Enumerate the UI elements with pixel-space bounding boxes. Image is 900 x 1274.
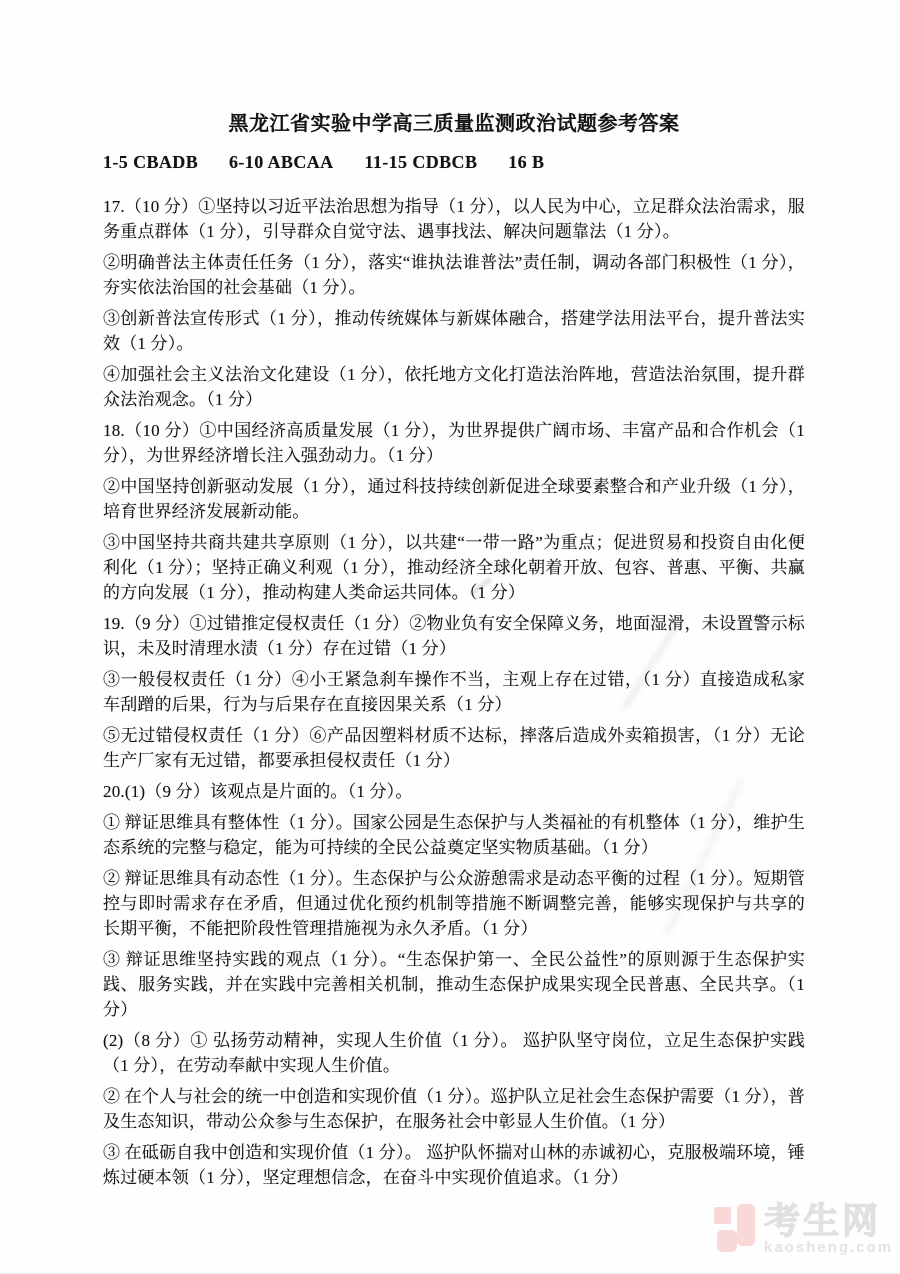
logo-block-top-left xyxy=(714,1207,731,1224)
watermark-text-group: 考生网 kaosheng.com xyxy=(764,1203,893,1256)
answer-group-16: 16 B xyxy=(508,152,544,172)
scanned-answer-document: 黑龙江省实验中学高三质量监测政治试题参考答案 1-5 CBADB 6-10 AB… xyxy=(0,0,900,1274)
answer-q20-1-point1: ① 辩证思维具有整体性（1 分）。国家公园是生态保护与人类福祉的有机整体（1 分… xyxy=(103,810,805,860)
answer-q17-point1: 17.（10 分）①坚持以习近平法治思想为指导（1 分），以人民为中心，立足群众… xyxy=(103,194,805,244)
answer-q19-points5-6: ⑤无过错侵权责任（1 分）⑥产品因塑料材质不达标，摔落后造成外卖箱损害，（1 分… xyxy=(103,723,805,773)
answer-q20-1-intro: 20.(1)（9 分）该观点是片面的。（1 分）。 xyxy=(103,779,805,804)
answer-q20-1-point3: ③ 辩证思维坚持实践的观点（1 分）。“生态保护第一、全民公益性”的原则源于生态… xyxy=(103,947,805,1022)
logo-block-bottom-left xyxy=(717,1230,737,1252)
answer-q18-point3: ③中国坚持共商共建共享原则（1 分），以共建“一带一路”为重点；促进贸易和投资自… xyxy=(103,530,805,605)
answer-q20-2-point1: (2)（8 分）① 弘扬劳动精神，实现人生价值（1 分）。 巡护队坚守岗位，立足… xyxy=(103,1028,805,1078)
watermark-site-name: 考生网 xyxy=(764,1203,893,1239)
answer-q19-points1-2: 19.（9 分）①过错推定侵权责任（1 分）②物业负有安全保障义务，地面湿滑，未… xyxy=(103,611,805,661)
answer-body: 17.（10 分）①坚持以习近平法治思想为指导（1 分），以人民为中心，立足群众… xyxy=(103,194,805,1190)
answer-q18-point2: ②中国坚持创新驱动发展（1 分），通过科技持续创新促进全球要素整合和产业升级（1… xyxy=(103,474,805,524)
watermark-site-url: kaosheng.com xyxy=(764,1240,893,1256)
document-title: 黑龙江省实验中学高三质量监测政治试题参考答案 xyxy=(103,0,805,137)
answer-q17-point2: ②明确普法主体责任任务（1 分），落实“谁执法谁普法”责任制，调动各部门积极性（… xyxy=(103,250,805,300)
logo-block-right-bar xyxy=(737,1204,755,1246)
answer-q17-point4: ④加强社会主义法治文化建设（1 分），依托地方文化打造法治阵地，营造法治氛围，提… xyxy=(103,362,805,412)
kaosheng-watermark: 考生网 kaosheng.com xyxy=(712,1203,893,1256)
answer-q18-point1: 18.（10 分）①中国经济高质量发展（1 分），为世界提供广阔市场、丰富产品和… xyxy=(103,418,805,468)
multiple-choice-answer-line: 1-5 CBADB 6-10 ABCAA 11-15 CDBCB 16 B xyxy=(103,150,900,175)
answer-group-11-15: 11-15 CDBCB xyxy=(364,152,477,172)
answer-group-6-10: 6-10 ABCAA xyxy=(229,152,334,172)
answer-q19-points3-4: ③一般侵权责任（1 分）④小王紧急刹车操作不当，主观上存在过错，（1 分）直接造… xyxy=(103,667,805,717)
answer-q17-point3: ③创新普法宣传形式（1 分），推动传统媒体与新媒体融合，搭建学法用法平台，提升普… xyxy=(103,306,805,356)
answer-q20-2-point3: ③ 在砥砺自我中创造和实现价值（1 分）。 巡护队怀揣对山林的赤诚初心，克服极端… xyxy=(103,1140,805,1190)
answer-q20-1-point2: ② 辩证思维具有动态性（1 分）。生态保护与公众游憩需求是动态平衡的过程（1 分… xyxy=(103,866,805,941)
answer-group-1-5: 1-5 CBADB xyxy=(103,152,198,172)
answer-q20-2-point2: ② 在个人与社会的统一中创造和实现价值（1 分）。巡护队立足社会生态保护需要（1… xyxy=(103,1084,805,1134)
kaosheng-logo-icon xyxy=(712,1203,756,1255)
